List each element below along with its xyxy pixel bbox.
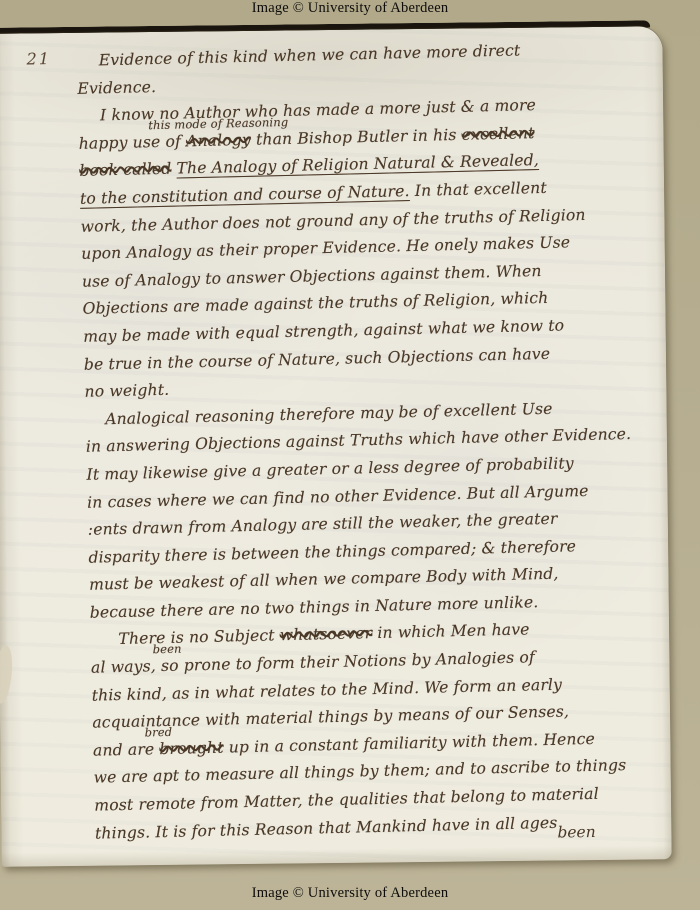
interlinear-insertion: bred [144, 727, 172, 739]
text-segment: than Bishop Butler in his [251, 126, 462, 149]
scan-background: Image © University of Aberdeen 21 Eviden… [0, 0, 700, 910]
copyright-caption-bottom: Image © University of Aberdeen [0, 885, 700, 902]
text-segment: happy use of [79, 132, 187, 153]
underlined-title: to the constitution and course of Nature… [80, 182, 410, 208]
catchword: been [557, 823, 595, 841]
struck-out-text: Analogy [186, 131, 251, 151]
text-segment: and are [93, 740, 160, 760]
text-segment: Evidence of this kind when we can have m… [99, 41, 521, 69]
text-segment: Evidence. [77, 78, 156, 98]
text-segment: no weight. [84, 381, 169, 401]
text-segment: In that excellent [409, 179, 547, 200]
page-number: 21 [26, 49, 51, 68]
struck-out-text: brought [159, 738, 224, 758]
manuscript-text-block: Evidence of this kind when we can have m… [76, 35, 661, 848]
struck-out-text: excellent [461, 124, 534, 144]
copyright-caption-top: Image © University of Aberdeen [0, 0, 700, 17]
text-segment: things. It is for this Reason that Manki… [95, 813, 558, 842]
interlinear-insertion: this mode of Reasoning [148, 117, 288, 131]
struck-out-text: whatsoever [280, 625, 373, 645]
struck-out-text: book called [79, 160, 171, 180]
text-segment: up in a constant familiarity with them. … [223, 730, 595, 757]
text-segment: in which Men have [372, 621, 530, 643]
underlined-title: The Analogy of Religion Natural & Reveal… [176, 151, 539, 178]
manuscript-sheet: 21 Evidence of this kind when we can hav… [0, 26, 672, 867]
text-segment: There is no Subject [118, 627, 280, 649]
interlinear-insertion: been [153, 644, 182, 656]
